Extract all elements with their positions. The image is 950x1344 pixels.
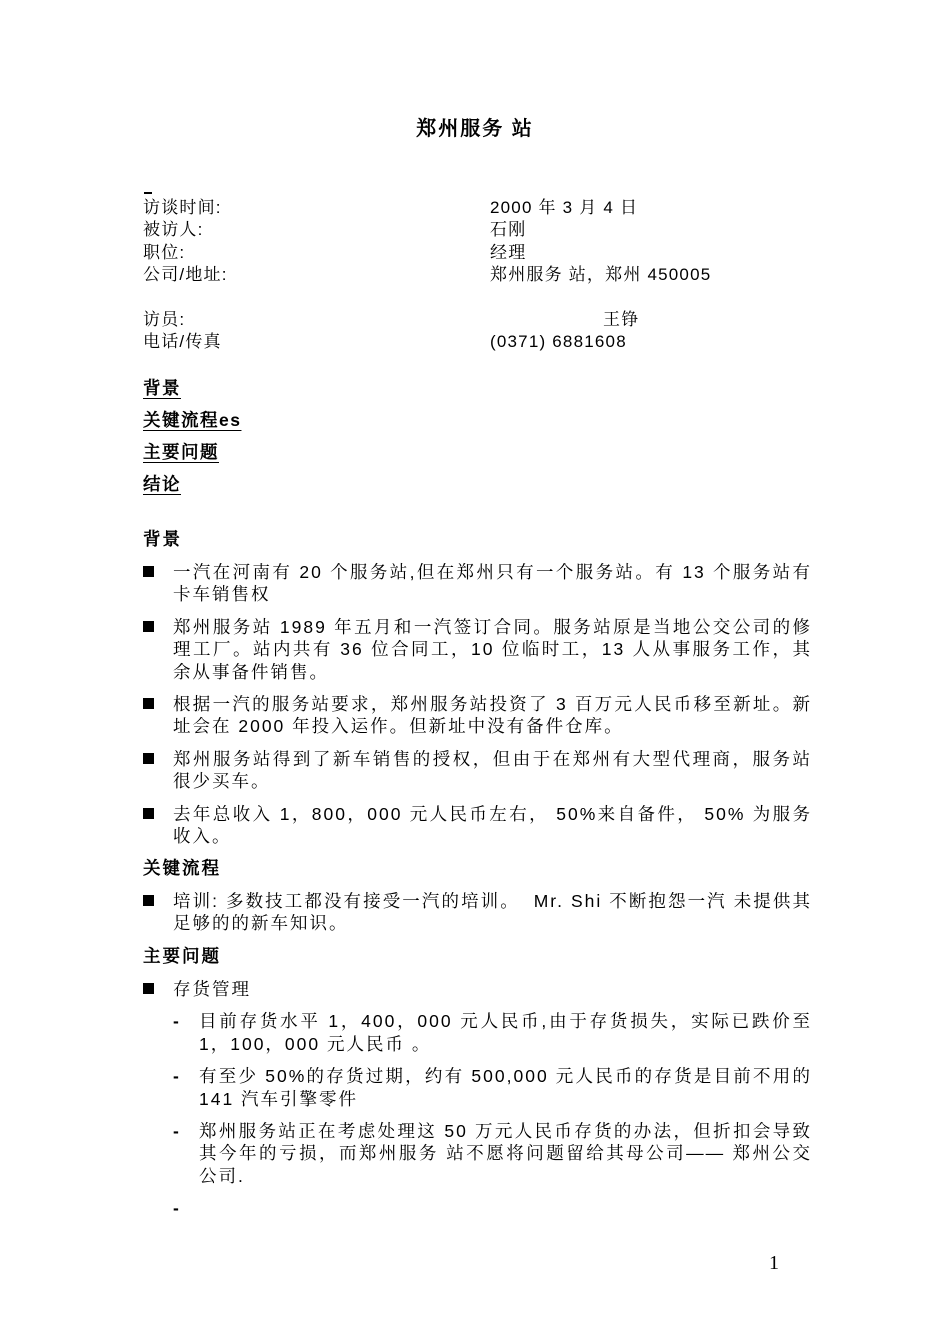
document-page: 郑州服务 站 访谈时间: 2000 年 3 月 4 日 被访人: 石刚 职位: … xyxy=(0,0,950,1344)
bullet-text: 一汽在河南有 20 个服务站,但在郑州只有一个服务站。有 13 个服务站有卡车销… xyxy=(173,561,812,606)
sub-bullet-item: - 郑州服务站正在考虑处理这 50 万元人民币存货的办法，但折扣会导致其今年的亏… xyxy=(173,1120,812,1187)
meta-row-company-address: 公司/地址: 郑州服务 站，郑州 450005 xyxy=(143,264,711,286)
bullet-item: 一汽在河南有 20 个服务站,但在郑州只有一个服务站。有 13 个服务站有卡车销… xyxy=(143,561,812,606)
meta-label-company-address: 公司/地址: xyxy=(143,264,490,286)
meta-value-interviewer: 王铮 xyxy=(603,309,639,331)
dash-mark xyxy=(144,192,152,194)
toc-item-background[interactable]: 背景 xyxy=(143,372,241,404)
section-heading-background: 背景 xyxy=(143,528,812,550)
sub-bullet-text: 有至少 50%的存货过期，约有 500,000 元人民币的存货是目前不用的 14… xyxy=(199,1065,812,1110)
toc-item-conclusion[interactable]: 结论 xyxy=(143,468,241,500)
meta-value-interview-time: 2000 年 3 月 4 日 xyxy=(490,197,638,219)
meta-value-interviewee: 石刚 xyxy=(490,219,526,241)
square-bullet-icon xyxy=(143,803,173,848)
bullet-text: 根据一汽的服务站要求，郑州服务站投资了 3 百万元人民币移至新址。新址会在 20… xyxy=(173,693,812,738)
square-bullet-icon xyxy=(143,693,173,738)
section-main-issues: 主要问题 存货管理 - 目前存货水平 1，400，000 元人民币,由于存货损失… xyxy=(143,945,812,1230)
meta-row-interviewer: 访员: 王铮 xyxy=(143,309,639,331)
bullet-item: 郑州服务站得到了新车销售的授权，但由于在郑州有大型代理商，服务站很少买车。 xyxy=(143,748,812,793)
section-heading-key-processes: 关键流程 xyxy=(143,857,812,879)
table-of-contents: 背景 关键流程es 主要问题 结论 xyxy=(143,372,241,500)
square-bullet-icon xyxy=(143,978,173,1000)
dash-bullet-icon: - xyxy=(173,1120,199,1187)
interviewer-block: 访员: 王铮 电话/传真 (0371) 6881608 xyxy=(143,309,639,354)
empty-dash-item: - xyxy=(173,1197,812,1219)
square-bullet-icon xyxy=(143,890,173,935)
square-bullet-icon xyxy=(143,616,173,683)
sub-bullet-text: 目前存货水平 1，400，000 元人民币,由于存货损失，实际已跌价至 1，10… xyxy=(199,1010,812,1055)
section-heading-main-issues: 主要问题 xyxy=(143,945,812,967)
meta-label-position: 职位: xyxy=(143,242,490,264)
meta-row-interview-time: 访谈时间: 2000 年 3 月 4 日 xyxy=(143,197,711,219)
bullet-text: 郑州服务站 1989 年五月和一汽签订合同。服务站原是当地公交公司的修理工厂。站… xyxy=(173,616,812,683)
meta-row-position: 职位: 经理 xyxy=(143,242,711,264)
sub-bullet-text xyxy=(199,1197,812,1219)
bullet-item: 存货管理 xyxy=(143,978,812,1000)
dash-bullet-icon: - xyxy=(173,1010,199,1055)
bullet-item: 培训: 多数技工都没有接受一汽的培训。 Mr. Shi 不断抱怨一汽 未提供其足… xyxy=(143,890,812,935)
meta-label-interviewer: 访员: xyxy=(143,309,603,331)
sub-bullet-text: 郑州服务站正在考虑处理这 50 万元人民币存货的办法，但折扣会导致其今年的亏损，… xyxy=(199,1120,812,1187)
bullet-text: 去年总收入 1，800，000 元人民币左右， 50%来自备件， 50% 为服务… xyxy=(173,803,812,848)
sub-bullet-item: - 有至少 50%的存货过期，约有 500,000 元人民币的存货是目前不用的 … xyxy=(173,1065,812,1110)
toc-item-main-issues[interactable]: 主要问题 xyxy=(143,436,241,468)
meta-value-company-address: 郑州服务 站，郑州 450005 xyxy=(490,264,711,286)
dash-bullet-icon: - xyxy=(173,1197,199,1219)
toc-item-key-processes[interactable]: 关键流程es xyxy=(143,404,241,436)
meta-label-phone-fax: 电话/传真 xyxy=(143,331,490,353)
square-bullet-icon xyxy=(143,748,173,793)
meta-row-phone-fax: 电话/传真 (0371) 6881608 xyxy=(143,331,639,353)
section-key-processes: 关键流程 培训: 多数技工都没有接受一汽的培训。 Mr. Shi 不断抱怨一汽 … xyxy=(143,857,812,945)
sub-bullet-item: - 目前存货水平 1，400，000 元人民币,由于存货损失，实际已跌价至 1，… xyxy=(173,1010,812,1055)
meta-row-interviewee: 被访人: 石刚 xyxy=(143,219,711,241)
square-bullet-icon xyxy=(143,561,173,606)
meta-value-position: 经理 xyxy=(490,242,526,264)
bullet-text: 培训: 多数技工都没有接受一汽的培训。 Mr. Shi 不断抱怨一汽 未提供其足… xyxy=(173,890,812,935)
dash-bullet-icon: - xyxy=(173,1065,199,1110)
bullet-item: 郑州服务站 1989 年五月和一汽签订合同。服务站原是当地公交公司的修理工厂。站… xyxy=(143,616,812,683)
bullet-item: 根据一汽的服务站要求，郑州服务站投资了 3 百万元人民币移至新址。新址会在 20… xyxy=(143,693,812,738)
meta-label-interviewee: 被访人: xyxy=(143,219,490,241)
bullet-text: 存货管理 xyxy=(173,978,812,1000)
page-title: 郑州服务 站 xyxy=(10,112,940,141)
section-background: 背景 一汽在河南有 20 个服务站,但在郑州只有一个服务站。有 13 个服务站有… xyxy=(143,528,812,857)
bullet-item: 去年总收入 1，800，000 元人民币左右， 50%来自备件， 50% 为服务… xyxy=(143,803,812,848)
metadata-block: 访谈时间: 2000 年 3 月 4 日 被访人: 石刚 职位: 经理 公司/地… xyxy=(143,197,711,287)
meta-label-interview-time: 访谈时间: xyxy=(143,197,490,219)
page-number: 1 xyxy=(769,1252,779,1275)
bullet-text: 郑州服务站得到了新车销售的授权，但由于在郑州有大型代理商，服务站很少买车。 xyxy=(173,748,812,793)
meta-value-phone-fax: (0371) 6881608 xyxy=(490,331,627,353)
